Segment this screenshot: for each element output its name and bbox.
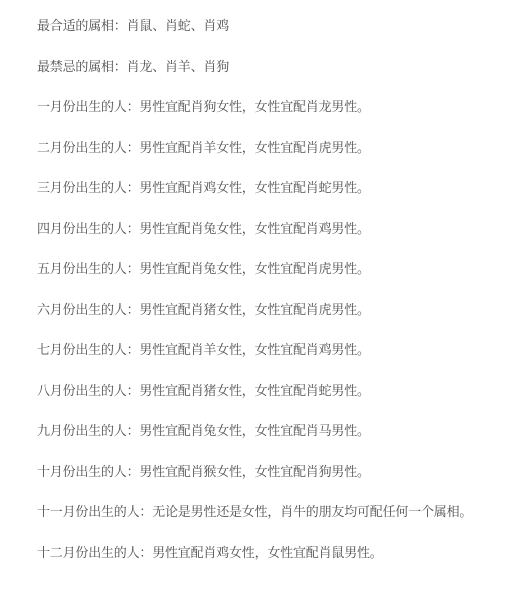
month-line-november: 十一月份出生的人：无论是男性还是女性，肖牛的朋友均可配任何一个属相。 — [37, 503, 513, 544]
month-line-september: 九月份出生的人：男性宜配肖兔女性，女性宜配肖马男性。 — [37, 422, 513, 463]
month-line-january: 一月份出生的人：男性宜配肖狗女性，女性宜配肖龙男性。 — [37, 98, 513, 139]
worst-match-line: 最禁忌的属相：肖龙、肖羊、肖狗 — [37, 58, 513, 99]
month-line-february: 二月份出生的人：男性宜配肖羊女性，女性宜配肖虎男性。 — [37, 139, 513, 180]
month-line-july: 七月份出生的人：男性宜配肖羊女性，女性宜配肖鸡男性。 — [37, 341, 513, 382]
month-line-august: 八月份出生的人：男性宜配肖猪女性，女性宜配肖蛇男性。 — [37, 382, 513, 423]
month-line-may: 五月份出生的人：男性宜配肖兔女性，女性宜配肖虎男性。 — [37, 260, 513, 301]
month-line-june: 六月份出生的人：男性宜配肖猪女性，女性宜配肖虎男性。 — [37, 301, 513, 342]
best-match-line: 最合适的属相：肖鼠、肖蛇、肖鸡 — [37, 17, 513, 58]
month-line-march: 三月份出生的人：男性宜配肖鸡女性，女性宜配肖蛇男性。 — [37, 179, 513, 220]
month-line-october: 十月份出生的人：男性宜配肖猴女性，女性宜配肖狗男性。 — [37, 463, 513, 504]
month-line-december: 十二月份出生的人：男性宜配肖鸡女性，女性宜配肖鼠男性。 — [37, 544, 513, 585]
document-body: 最合适的属相：肖鼠、肖蛇、肖鸡 最禁忌的属相：肖龙、肖羊、肖狗 一月份出生的人：… — [37, 17, 513, 584]
month-line-april: 四月份出生的人：男性宜配肖兔女性，女性宜配肖鸡男性。 — [37, 220, 513, 261]
